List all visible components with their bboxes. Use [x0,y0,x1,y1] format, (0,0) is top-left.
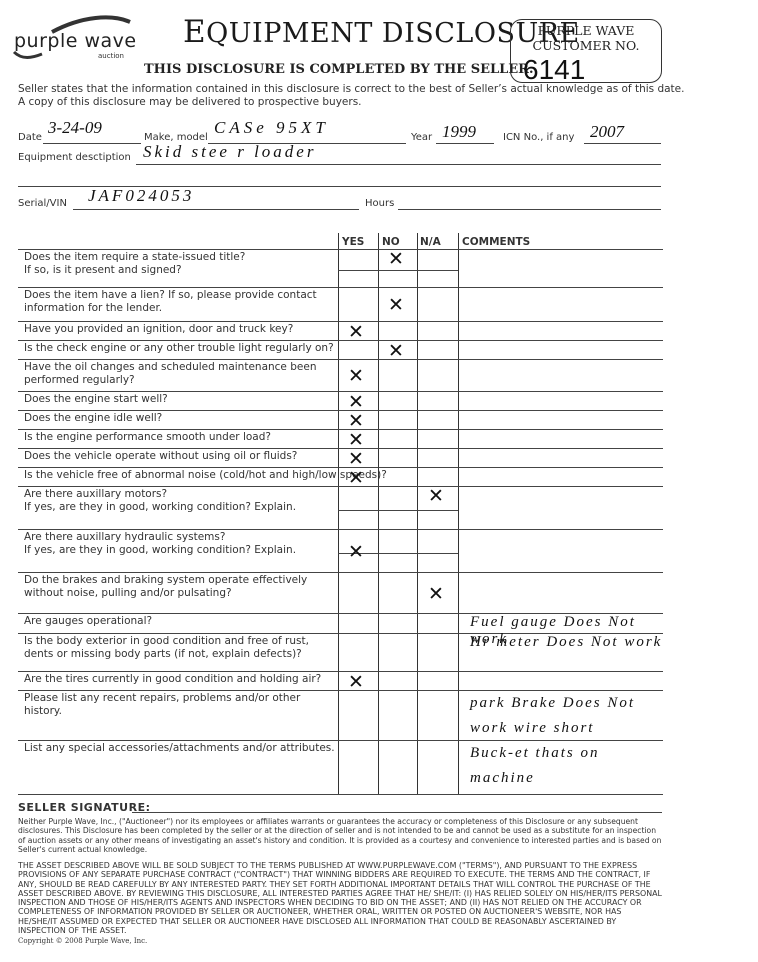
seller-signature-label: SELLER SIGNATURE: [18,801,151,814]
question-text: Does the item have a lien? If so, please… [24,289,317,314]
question-text: Does the item require a state-issued tit… [24,251,245,276]
terms-text: THE ASSET DESCRIBED ABOVE WILL BE SOLD S… [18,861,663,935]
intro-line-2: A copy of this disclosure may be deliver… [18,96,362,108]
answer-checkbox-no[interactable]: ✕ [379,249,417,287]
x-mark-icon: ✕ [348,469,364,487]
question-text: Does the engine start well? [24,393,168,406]
x-mark-icon: ✕ [428,487,444,505]
answer-checkbox-yes[interactable] [339,287,378,321]
answer-checkbox-yes[interactable]: ✕ [339,529,378,572]
description-label: Equipment desctiption [18,152,131,163]
date-field[interactable] [43,143,141,144]
answer-checkbox-no[interactable] [379,359,417,391]
answer-checkbox-no[interactable] [379,572,417,613]
answer-checkbox-na[interactable]: ✕ [418,486,458,529]
answer-checkbox-no[interactable] [379,740,417,794]
answer-checkbox-no[interactable] [379,529,417,572]
answer-checkbox-na[interactable] [418,391,458,410]
answer-checkbox-no[interactable] [379,690,417,740]
column-header-comments: COMMENTS [462,236,530,248]
question-text: Does the engine idle well? [24,412,162,425]
x-mark-icon: ✕ [348,431,364,449]
answer-checkbox-yes[interactable] [339,690,378,740]
answer-checkbox-na[interactable] [418,410,458,429]
question-text: Do the brakes and braking system operate… [24,574,307,599]
x-mark-icon: ✕ [348,543,364,561]
x-mark-icon: ✕ [388,342,404,360]
answer-checkbox-no[interactable]: ✕ [379,287,417,321]
serial-vin-field[interactable] [73,209,359,210]
comment-field[interactable]: Buck-et thats on machine [470,741,599,791]
answer-checkbox-na[interactable] [418,287,458,321]
question-text: List any special accessories/attachments… [24,742,335,755]
answer-checkbox-yes[interactable]: ✕ [339,391,378,410]
date-value: 3-24-09 [48,118,102,138]
answer-checkbox-no[interactable] [379,321,417,340]
customer-number-box: PURPLE WAVE CUSTOMER NO. 6141 [510,19,662,83]
year-label: Year [411,132,432,143]
answer-checkbox-na[interactable] [418,448,458,467]
answer-checkbox-yes[interactable]: ✕ [339,359,378,391]
answer-checkbox-yes[interactable]: ✕ [339,467,378,486]
logo-subtext: auction [98,52,124,60]
x-mark-icon: ✕ [348,450,364,468]
answer-checkbox-yes[interactable] [339,486,378,529]
answer-checkbox-yes[interactable]: ✕ [339,321,378,340]
answer-checkbox-no[interactable] [379,391,417,410]
question-text: Is the body exterior in good condition a… [24,635,309,660]
serial-vin-label: Serial/VIN [18,198,67,209]
answer-checkbox-yes[interactable] [339,740,378,794]
answer-checkbox-yes[interactable]: ✕ [339,448,378,467]
answer-checkbox-yes[interactable] [339,572,378,613]
x-mark-icon: ✕ [348,673,364,691]
copyright-text: Copyright © 2008 Purple Wave, Inc. [18,937,147,945]
question-text: Does the vehicle operate without using o… [24,450,297,463]
comment-field[interactable]: Hr meter Does Not work [470,634,662,651]
answer-checkbox-yes[interactable]: ✕ [339,429,378,448]
date-label: Date [18,132,42,143]
answer-checkbox-yes[interactable] [339,340,378,359]
x-mark-icon: ✕ [428,585,444,603]
x-mark-icon: ✕ [348,323,364,341]
question-text: Are gauges operational? [24,615,152,628]
answer-checkbox-na[interactable] [418,690,458,740]
answer-checkbox-yes[interactable] [339,249,378,287]
question-text: Have the oil changes and scheduled maint… [24,361,316,386]
question-text: Please list any recent repairs, problems… [24,692,300,717]
answer-checkbox-no[interactable] [379,429,417,448]
answer-checkbox-na[interactable] [418,359,458,391]
description-field[interactable] [136,164,661,165]
seller-signature-field[interactable] [132,812,662,813]
answer-checkbox-yes[interactable]: ✕ [339,671,378,690]
customer-number: 6141 [523,54,585,86]
answer-checkbox-na[interactable] [418,467,458,486]
page-subtitle: THIS DISCLOSURE IS COMPLETED BY THE SELL… [144,62,534,77]
answer-checkbox-no[interactable] [379,410,417,429]
answer-checkbox-na[interactable] [418,321,458,340]
answer-checkbox-yes[interactable] [339,633,378,671]
hours-label: Hours [365,198,394,209]
column-header-no: NO [382,236,400,248]
answer-checkbox-no[interactable] [379,486,417,529]
table-row-divider [18,794,663,795]
comment-field[interactable]: park Brake Does Not work wire short [470,691,635,741]
answer-checkbox-no[interactable] [379,448,417,467]
icn-value: 2007 [590,122,624,142]
answer-checkbox-na[interactable] [418,633,458,671]
purple-wave-logo: purple wave auction [12,14,142,64]
x-mark-icon: ✕ [348,412,364,430]
year-field[interactable] [436,143,494,144]
answer-checkbox-na[interactable]: ✕ [418,572,458,613]
x-mark-icon: ✕ [388,296,404,314]
answer-checkbox-na[interactable] [418,249,458,287]
answer-checkbox-na[interactable] [418,740,458,794]
logo-wordmark: purple wave [14,30,137,52]
answer-checkbox-yes[interactable]: ✕ [339,410,378,429]
intro-line-1: Seller states that the information conta… [18,83,684,95]
answer-checkbox-na[interactable] [418,429,458,448]
column-header-na: N/A [420,236,441,248]
x-mark-icon: ✕ [348,367,364,385]
x-mark-icon: ✕ [388,250,404,268]
question-text: Is the vehicle free of abnormal noise (c… [24,469,387,482]
year-value: 1999 [442,122,476,142]
answer-checkbox-no[interactable] [379,633,417,671]
question-text: Is the check engine or any other trouble… [24,342,334,355]
answer-checkbox-na[interactable] [418,340,458,359]
question-text: Is the engine performance smooth under l… [24,431,271,444]
question-text: Have you provided an ignition, door and … [24,323,293,336]
answer-checkbox-no[interactable] [379,671,417,690]
question-text: Are there auxillary motors? If yes, are … [24,488,296,513]
answer-checkbox-no[interactable] [379,613,417,633]
customer-box-label-2: CUSTOMER NO. [511,38,661,53]
column-header-yes: YES [342,236,364,248]
description-value: Skid stee r loader [143,142,316,162]
icn-field[interactable] [584,143,661,144]
disclaimer-text: Neither Purple Wave, Inc., ("Auctioneer"… [18,817,663,854]
customer-box-label-1: PURPLE WAVE [511,23,661,38]
answer-checkbox-no[interactable]: ✕ [379,340,417,359]
table-column-divider [458,233,459,794]
x-mark-icon: ✕ [348,393,364,411]
answer-checkbox-na[interactable] [418,613,458,633]
answer-checkbox-na[interactable] [418,671,458,690]
question-text: Are the tires currently in good conditio… [24,673,321,686]
answer-checkbox-no[interactable] [379,467,417,486]
answer-checkbox-yes[interactable] [339,613,378,633]
hours-field[interactable] [398,209,661,210]
serial-vin-value: JAF024053 [88,186,194,206]
icn-label: ICN No., if any [503,132,574,143]
make-model-value: CASe 95XT [214,118,329,138]
question-text: Are there auxillary hydraulic systems? I… [24,531,296,556]
answer-checkbox-na[interactable] [418,529,458,572]
